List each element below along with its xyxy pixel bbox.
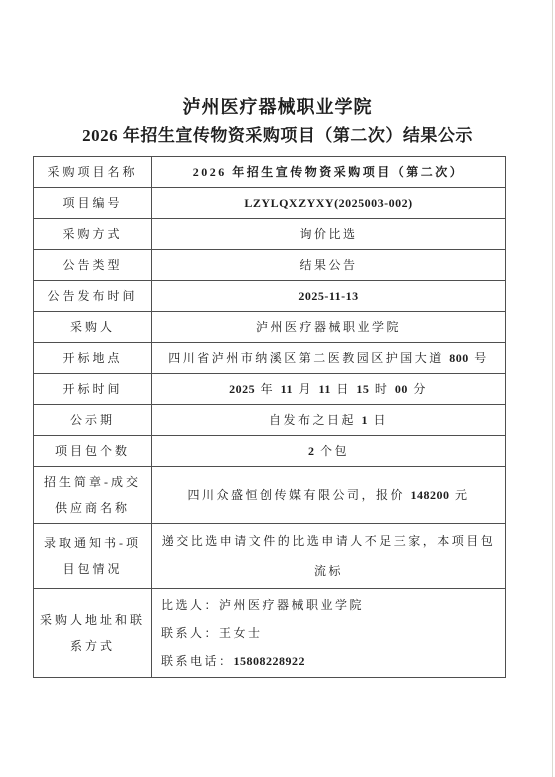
row-label: 公告类型	[34, 250, 152, 281]
table-row: 公示期 自发布之日起 1 日	[34, 405, 506, 436]
row-value: 比选人：泸州医疗器械职业学院 联系人：王女士 联系电话：15808228922	[152, 589, 506, 678]
row-label: 采购人地址和联系方式	[34, 589, 152, 678]
table-row: 招生简章-成交供应商名称 四川众盛恒创传媒有限公司，报价 148200 元	[34, 467, 506, 524]
row-label: 采购人	[34, 312, 152, 343]
page-right-edge	[552, 0, 553, 777]
table-row: 公告类型 结果公告	[34, 250, 506, 281]
page-subtitle: 2026 年招生宣传物资采购项目（第二次）结果公示	[0, 125, 555, 147]
row-label: 招生简章-成交供应商名称	[34, 467, 152, 524]
row-value: 自发布之日起 1 日	[152, 405, 506, 436]
row-label: 录取通知书-项目包情况	[34, 524, 152, 589]
table-row: 采购人 泸州医疗器械职业学院	[34, 312, 506, 343]
row-label: 公告发布时间	[34, 281, 152, 312]
row-value: 递交比选申请文件的比选申请人不足三家，本项目包流标	[152, 524, 506, 589]
page-title: 泸州医疗器械职业学院	[0, 96, 555, 118]
row-label: 采购方式	[34, 219, 152, 250]
row-label: 项目编号	[34, 188, 152, 219]
table-row: 项目编号 LZYLQXZYXY(2025003-002)	[34, 188, 506, 219]
row-value: 2025 年 11 月 11 日 15 时 00 分	[152, 374, 506, 405]
table-row: 开标地点 四川省泸州市纳溪区第二医教园区护国大道 800 号	[34, 343, 506, 374]
table-row: 开标时间 2025 年 11 月 11 日 15 时 00 分	[34, 374, 506, 405]
row-value: 四川众盛恒创传媒有限公司，报价 148200 元	[152, 467, 506, 524]
table-row: 录取通知书-项目包情况 递交比选申请文件的比选申请人不足三家，本项目包流标	[34, 524, 506, 589]
announcement-table: 采购项目名称 2026 年招生宣传物资采购项目（第二次） 项目编号 LZYLQX…	[33, 156, 506, 678]
table-row: 公告发布时间 2025-11-13	[34, 281, 506, 312]
row-value: 2026 年招生宣传物资采购项目（第二次）	[152, 157, 506, 188]
row-label: 采购项目名称	[34, 157, 152, 188]
row-value: 2025-11-13	[152, 281, 506, 312]
table-row: 采购人地址和联系方式 比选人：泸州医疗器械职业学院 联系人：王女士 联系电话：1…	[34, 589, 506, 678]
row-value: 询价比选	[152, 219, 506, 250]
row-value: 2 个包	[152, 436, 506, 467]
row-label: 开标时间	[34, 374, 152, 405]
table-row: 项目包个数 2 个包	[34, 436, 506, 467]
row-value: LZYLQXZYXY(2025003-002)	[152, 188, 506, 219]
row-value: 泸州医疗器械职业学院	[152, 312, 506, 343]
document-page: 泸州医疗器械职业学院 2026 年招生宣传物资采购项目（第二次）结果公示 采购项…	[0, 0, 555, 777]
table-row: 采购项目名称 2026 年招生宣传物资采购项目（第二次）	[34, 157, 506, 188]
row-label: 项目包个数	[34, 436, 152, 467]
table-row: 采购方式 询价比选	[34, 219, 506, 250]
row-label: 公示期	[34, 405, 152, 436]
row-value: 四川省泸州市纳溪区第二医教园区护国大道 800 号	[152, 343, 506, 374]
row-label: 开标地点	[34, 343, 152, 374]
row-value: 结果公告	[152, 250, 506, 281]
